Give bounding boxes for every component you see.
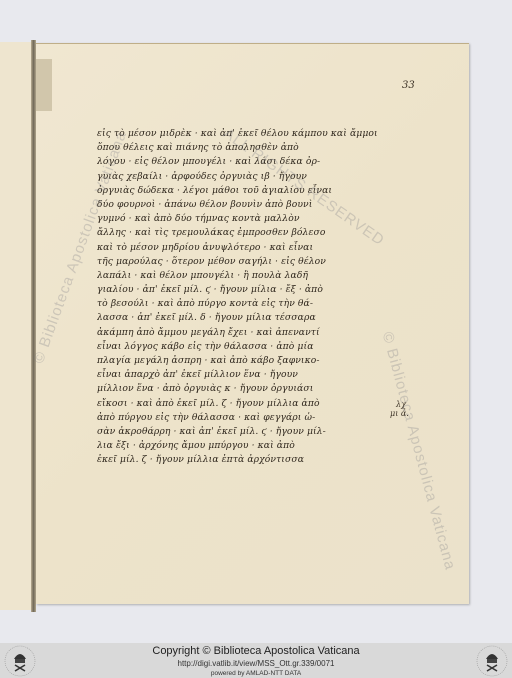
- text-line: γυμνό · καὶ ἀπὸ δύο τήμνας κοντὰ μαλλὸν: [97, 212, 432, 226]
- text-line: ἀπὸ πύργου εἰς τὴν θάλασσα · καὶ φεγγάρι…: [97, 411, 432, 425]
- copyright-footer: Copyright © Biblioteca Apostolica Vatica…: [0, 643, 512, 678]
- text-line: εἰς τὸ μέσον μιδρὲκ · καὶ ἀπ' ἐκεῖ θέλου…: [97, 127, 432, 141]
- text-line: τῆς μαρούλας · ὅτερον μέθον σαγήλι · εἰς…: [97, 255, 432, 269]
- folio-number: 33: [402, 80, 415, 91]
- facing-page-edge: [0, 42, 34, 610]
- image-url[interactable]: http://digi.vatlib.it/view/MSS_Ott.gr.33…: [0, 659, 512, 668]
- text-line: λαπάλι · καὶ θέλον μπουγέλι · ἢ πουλὰ λα…: [97, 269, 432, 283]
- text-line: τὸ βεσούλι · καὶ ἀπὸ πύργο κοντὰ εἰς τὴν…: [97, 297, 432, 311]
- text-line: δύο φουρνοὶ · ἀπάνω θέλον βουνὶν ἀπὸ βου…: [97, 198, 432, 212]
- text-line: εἶναι ἀπαρχὸ ἀπ' ἐκεῖ μίλλιον ἕνα · ἤγου…: [97, 368, 432, 382]
- vatican-library-logo-icon: [476, 645, 508, 677]
- image-viewer[interactable]: 33 εἰς τὸ μέσον μιδρὲκ · καὶ ἀπ' ἐκεῖ θέ…: [0, 0, 512, 643]
- manuscript-text: εἰς τὸ μέσον μιδρὲκ · καὶ ἀπ' ἐκεῖ θέλου…: [97, 127, 432, 468]
- text-line: λια ἔξι · ἀρχόνης ἄμου μπύργου · καὶ ἀπὸ: [97, 439, 432, 453]
- text-line: γυιὰς χεβαίλι · ἀρφούδες ὀργυιὰς ιβ · ἤγ…: [97, 170, 432, 184]
- paper-tab: [36, 59, 52, 111]
- text-line: μίλλιον ἕνα · ἀπὸ ὀργυιὰς κ · ἤγουν ὀργυ…: [97, 382, 432, 396]
- copyright-text: Copyright © Biblioteca Apostolica Vatica…: [0, 645, 512, 657]
- text-line: ἐκεῖ μίλ. ζ · ἤγουν μίλλια ἑπτὰ ἀρχόντισ…: [97, 453, 432, 467]
- text-line: γιαλίου · ἀπ' ἐκεῖ μίλ. ϛ · ἤγουν μίλια …: [97, 283, 432, 297]
- text-line: σὰν ἀκροθάρρη · καὶ ἀπ' ἐκεῖ μίλ. ϛ · ἤγ…: [97, 425, 432, 439]
- text-line: πλαγία μεγάλη ἀσπρη · καὶ ἀπὸ κάβο ξαφνι…: [97, 354, 432, 368]
- text-line: εἴκοσι · καὶ ἀπὸ ἐκεῖ μίλ. ζ · ἤγουν μίλ…: [97, 397, 432, 411]
- text-line: ὀργυιὰς δώδεκα · λέγοι μάθοι τοῦ ἀγιαλίο…: [97, 184, 432, 198]
- text-line: λασσα · ἀπ' ἐκεῖ μίλ. δ · ἤγουν μίλια τέ…: [97, 311, 432, 325]
- powered-by-text: powered by AMLAD-NTT DATA: [0, 670, 512, 677]
